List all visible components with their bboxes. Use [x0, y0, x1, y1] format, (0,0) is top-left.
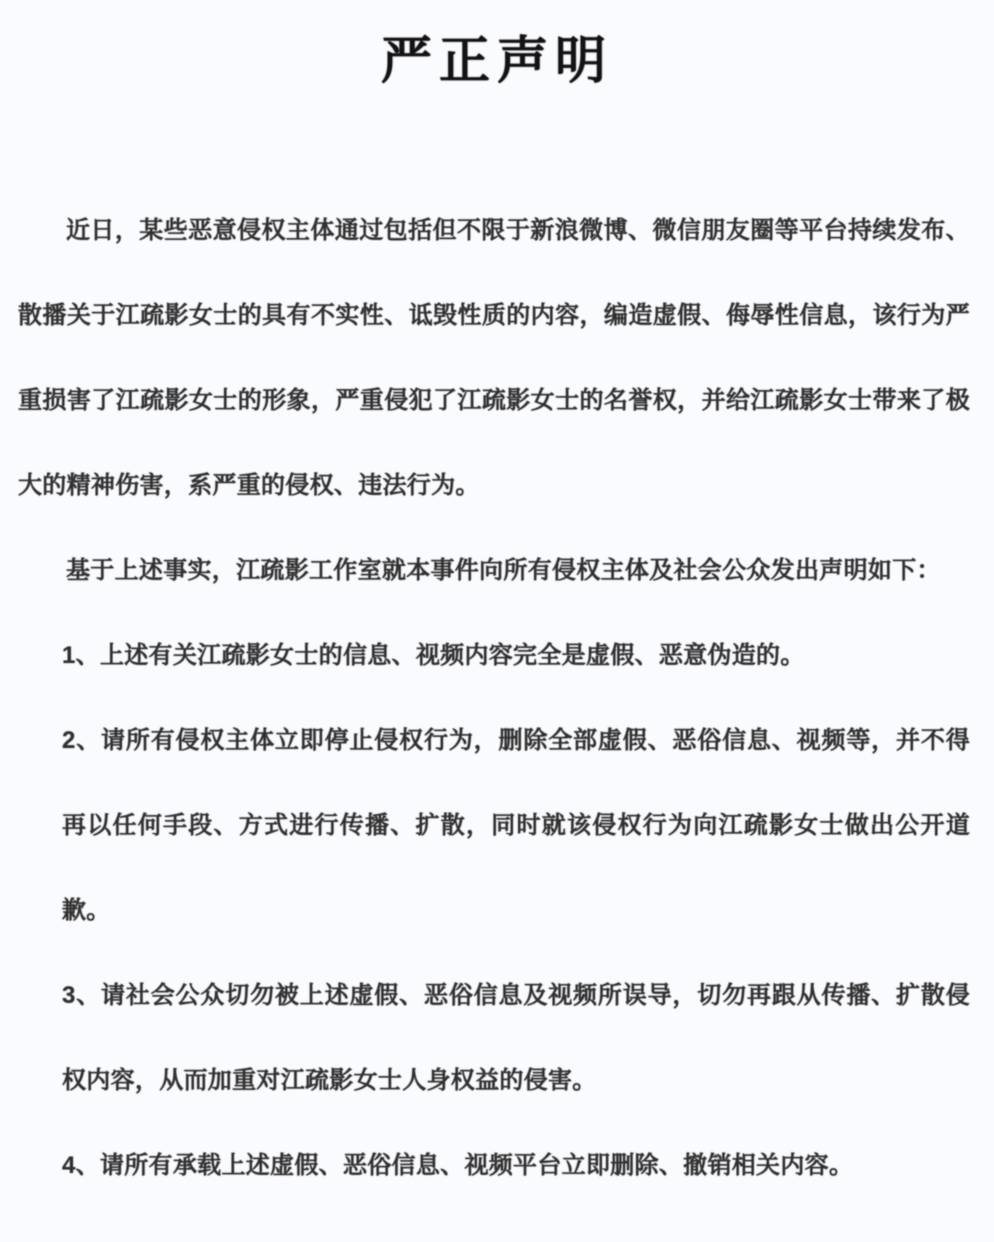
- statement-body: 近日，某些恶意侵权主体通过包括但不限于新浪微博、微信朋友圈等平台持续发布、散播关…: [0, 188, 994, 1208]
- statement-item-1: 1、上述有关江疏影女士的信息、视频内容完全是虚假、恶意伪造的。: [62, 613, 970, 698]
- statement-paragraph-intro: 近日，某些恶意侵权主体通过包括但不限于新浪微博、微信朋友圈等平台持续发布、散播关…: [18, 188, 970, 528]
- statement-item-2: 2、请所有侵权主体立即停止侵权行为，删除全部虚假、恶俗信息、视频等，并不得再以任…: [62, 698, 970, 953]
- photographed-page: 严正声明 近日，某些恶意侵权主体通过包括但不限于新浪微博、微信朋友圈等平台持续发…: [0, 30, 994, 1208]
- statement-paragraph-basis: 基于上述事实，江疏影工作室就本事件向所有侵权主体及社会公众发出声明如下：: [18, 528, 970, 613]
- statement-item-4: 4、请所有承载上述虚假、恶俗信息、视频平台立即删除、撤销相关内容。: [62, 1123, 970, 1208]
- statement-title: 严正声明: [0, 30, 994, 92]
- statement-document: 严正声明 近日，某些恶意侵权主体通过包括但不限于新浪微博、微信朋友圈等平台持续发…: [0, 0, 994, 1242]
- statement-item-3: 3、请社会公众切勿被上述虚假、恶俗信息及视频所误导，切勿再跟从传播、扩散侵权内容…: [62, 953, 970, 1123]
